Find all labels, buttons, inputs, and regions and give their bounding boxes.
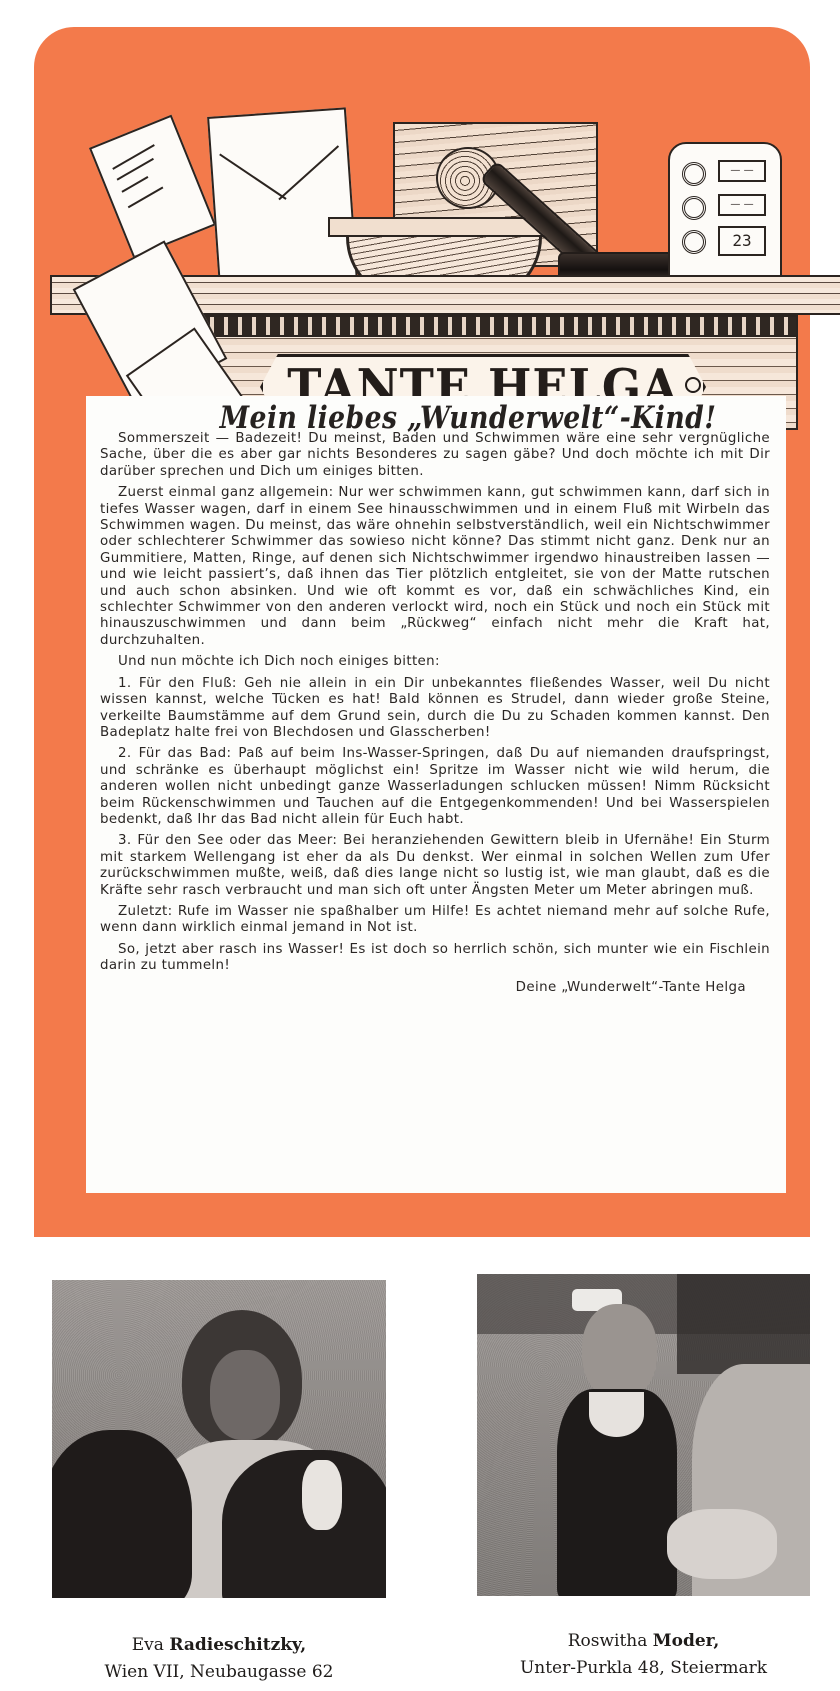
letter-text: Sommerszeit — Badezeit! Du meinst, Baden… xyxy=(100,431,770,996)
caption-first-name: Eva xyxy=(132,1635,164,1655)
paragraph: Sommerszeit — Badezeit! Du meinst, Baden… xyxy=(100,431,770,480)
caption-last-name: Moder, xyxy=(653,1631,720,1651)
box-lip xyxy=(198,315,798,337)
paragraph: 2. Für das Bad: Paß auf beim Ins-Wasser-… xyxy=(100,746,770,828)
envelope-icon xyxy=(207,107,358,290)
caption-last-name: Radieschitzky, xyxy=(169,1635,306,1655)
paragraph: 3. Für den See oder das Meer: Bei heranz… xyxy=(100,833,770,899)
paragraph: So, jetzt aber rasch ins Wasser! Es ist … xyxy=(100,942,770,975)
caption-address: Wien VII, Neubaugasse 62 xyxy=(52,1659,386,1686)
screw-icon xyxy=(685,377,701,393)
calendar-date: 23 xyxy=(718,226,766,256)
paragraph: 1. Für den Fluß: Geh nie allein in ein D… xyxy=(100,676,770,742)
letter-body: Mein liebes „Wunderwelt“-Kind! Sommersze… xyxy=(86,396,786,1193)
photo-caption: Eva Radieschitzky, Wien VII, Neubaugasse… xyxy=(52,1632,386,1686)
caption-first-name: Roswitha xyxy=(568,1631,648,1651)
desk-calendar-icon: — — — — 23 xyxy=(668,142,782,286)
signature: Deine „Wunderwelt“-Tante Helga xyxy=(100,980,770,996)
girl-with-dogs-photo xyxy=(52,1280,386,1598)
paragraph: Zuletzt: Rufe im Wasser nie spaßhalber u… xyxy=(100,904,770,937)
letters-icon xyxy=(89,115,216,259)
caption-address: Unter-Purkla 48, Steiermark xyxy=(477,1655,810,1682)
photo-caption: Roswitha Moder, Unter-Purkla 48, Steierm… xyxy=(477,1628,810,1682)
paragraph: Zuerst einmal ganz allgemein: Nur wer sc… xyxy=(100,485,770,649)
desk-illustration: — — — — 23 TANTE HELGA xyxy=(48,67,840,447)
girl-in-garden-photo xyxy=(477,1274,810,1596)
paragraph: Und nun möchte ich Dich noch einiges bit… xyxy=(100,654,770,670)
